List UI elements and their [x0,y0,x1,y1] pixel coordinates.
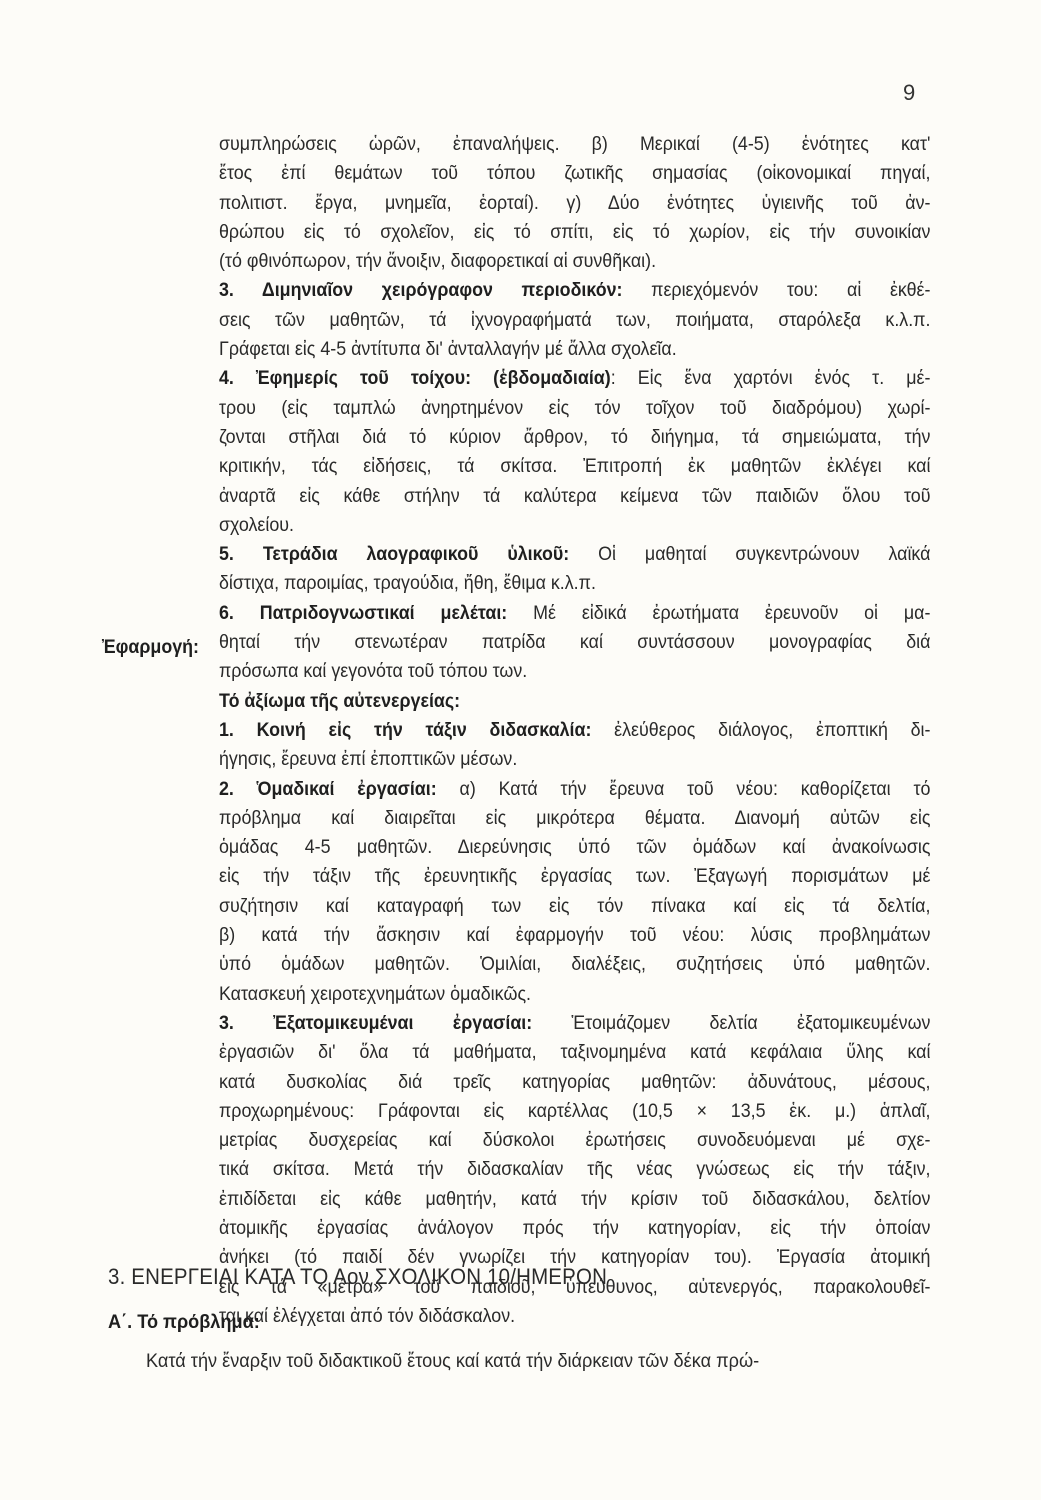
text-line: πρόσωπα καί γεγονότα τοῦ τόπου των. [219,657,930,686]
application-side-label: Ἐφαρμογή: [102,637,199,659]
text-line: συζήτησιν καί καταγραφή των εἰς τόν πίνα… [219,892,930,921]
text-line: ἔτος ἐπί θεμάτων τοῦ τόπου ζωτικῆς σημασ… [219,159,930,188]
text-line: προχωρημένους: Γράφονται εἰς καρτέλλας (… [219,1097,930,1126]
text-line: πολιτιστ. ἔργα, μνημεῖα, ἑορταί). γ) Δύο… [219,189,930,218]
application-item-2-first-line: 2. Ὁμαδικαί ἐργασίαι: α) Κατά τήν ἔρευνα… [219,775,930,804]
item-heading: 6. Πατριδογνωστικαί μελέται: [219,603,507,624]
item-heading: 1. Κοινή εἰς τήν τάξιν διδασκαλία: [219,720,591,741]
text-line: Γράφεται εἰς 4-5 ἀντίτυπα δι' ἀνταλλαγήν… [219,335,930,364]
text-line: θρώπου εἰς τό σχολεῖον, εἰς τό σπίτι, εἰ… [219,218,930,247]
item-heading: 2. Ὁμαδικαί ἐργασίαι: [219,779,437,800]
application-title: Τό ἀξίωμα τῆς αὐτενεργείας: [219,691,460,712]
text-line: κατά δυσκολίας διά τρεῖς κατηγορίας μαθη… [219,1068,930,1097]
item-heading: 4. Ἐφημερίς τοῦ τοίχου: (ἑβδομαδιαία) [219,368,611,389]
text-line: ται καί ἐλέγχεται ἀπό τόν διδάσκαλον. [219,1302,930,1331]
text-line: (τό φθινόπωρον, τήν ἄνοιξιν, διαφορετικα… [219,247,930,276]
text-line: ἐργασιῶν δι' ὅλα τά μαθήματα, ταξινομημέ… [219,1038,930,1067]
item-heading: 3. Ἐξατομικευμέναι ἐργασίαι: [219,1013,532,1034]
text-line: ζονται στῆλαι διά τό κύριον ἄρθρον, τό δ… [219,423,930,452]
text-line: τικά σκίτσα. Μετά τήν διδασκαλίαν τῆς νέ… [219,1155,930,1184]
text-line: ὑπό ὁμάδων μαθητῶν. Ὁμιλίαι, διαλέξεις, … [219,950,930,979]
text-line: συμπληρώσεις ὡρῶν, ἐπαναλήψεις. β) Μερικ… [219,130,930,159]
text-line: πρόβλημα καί διαιρεῖται εἰς μικρότερα θέ… [219,804,930,833]
paragraph-text: Κατά τήν ἔναρξιν τοῦ διδακτικοῦ ἔτους κα… [146,1350,759,1373]
application-title-line: Τό ἀξίωμα τῆς αὐτενεργείας: [219,687,930,716]
text-line: τρου (εἰς ταμπλώ ἀνηρτημένον εἰς τόν τοῖ… [219,394,930,423]
text-line: μετρίας δυσχερείας καί δύσκολοι ἐρωτήσει… [219,1126,930,1155]
text-line: ὁμάδας 4-5 μαθητῶν. Διερεύνησις ὑπό τῶν … [219,833,930,862]
item-heading: 5. Τετράδια λαογραφικοῦ ὑλικοῦ: [219,544,569,565]
page-number: 9 [903,80,915,106]
sub-heading: Α΄. Τό πρόβλημα: [108,1311,260,1334]
text-line: σχολείου. [219,511,930,540]
application-item-1-first-line: 1. Κοινή εἰς τήν τάξιν διδασκαλία: ἐλεύθ… [219,716,930,745]
list-item-4-first-line: 4. Ἐφημερίς τοῦ τοίχου: (ἑβδομαδιαία): Ε… [219,364,930,393]
text-line: θηταί τήν στενωτέραν πατρίδα καί συντάσσ… [219,628,930,657]
text-line: ἀτομικῆς ἐργασίας ἀνάλογον πρός τήν κατη… [219,1214,930,1243]
section-heading: 3. ΕΝΕΡΓΕΙΑΙ ΚΑΤΑ ΤΟ Αον ΣΧΟΛΙΚΟΝ 10/ΗΜΕ… [108,1264,607,1290]
item-heading: 3. Διμηνιαῖον χειρόγραφον περιοδικόν: [219,280,623,301]
list-item-3-first-line: 3. Διμηνιαῖον χειρόγραφον περιοδικόν: πε… [219,276,930,305]
text-line: σεις τῶν μαθητῶν, τά ἰχνογραφήματά των, … [219,306,930,335]
main-text-column: συμπληρώσεις ὡρῶν, ἐπαναλήψεις. β) Μερικ… [219,130,930,1331]
text-line: β) κατά τήν ἄσκησιν καί ἐφαρμογήν τοῦ νέ… [219,921,930,950]
text-line: κριτικήν, τάς εἰδήσεις, τά σκίτσα. Ἐπιτρ… [219,452,930,481]
text-line: δίστιχα, παροιμίας, τραγούδια, ἤθη, ἔθιμ… [219,569,930,598]
application-item-3-first-line: 3. Ἐξατομικευμέναι ἐργασίαι: Ἑτοιμάζομεν… [219,1009,930,1038]
text-line: Κατασκευή χειροτεχνημάτων ὁμαδικῶς. [219,980,930,1009]
list-item-5-first-line: 5. Τετράδια λαογραφικοῦ ὑλικοῦ: Οἱ μαθητ… [219,540,930,569]
text-line: ήγησις, ἔρευνα ἐπί ἐποπτικῶν μέσων. [219,745,930,774]
list-item-6-first-line: 6. Πατριδογνωστικαί μελέται: Μέ εἰδικά ἐ… [219,599,930,628]
text-line: εἰς τήν τάξιν τῆς ἐρευνητικῆς ἐργασίας τ… [219,862,930,891]
text-line: ἐπιδίδεται εἰς κάθε μαθητήν, κατά τήν κρ… [219,1185,930,1214]
text-line: ἀναρτᾶ εἰς κάθε στήλην τά καλύτερα κείμε… [219,482,930,511]
